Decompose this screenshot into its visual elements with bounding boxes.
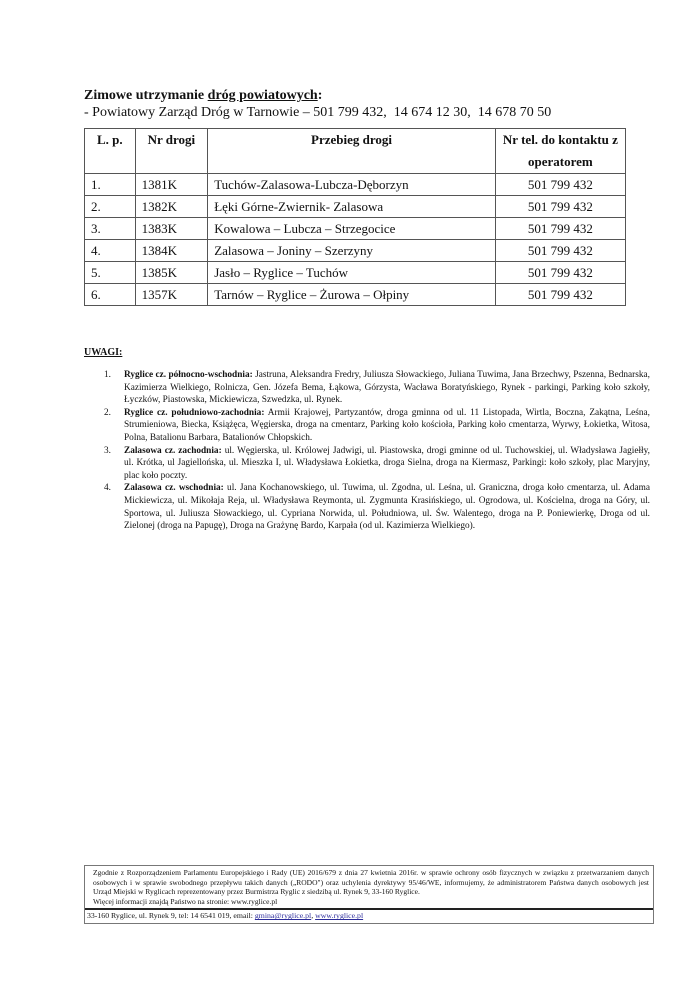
cell-road-number: 1382K bbox=[135, 196, 208, 218]
table-row: 2.1382KŁęki Górne-Zwiernik- Zalasowa501 … bbox=[85, 196, 626, 218]
cell-lp: 2. bbox=[85, 196, 136, 218]
cell-road-number: 1385K bbox=[135, 262, 208, 284]
note-number: 2. bbox=[104, 407, 111, 420]
roads-table: L. p. Nr drogi Przebieg drogi Nr tel. do… bbox=[84, 128, 626, 306]
title-suffix: : bbox=[318, 88, 323, 103]
note-area-label: Ryglice cz. północno-wschodnia: bbox=[124, 370, 253, 380]
cell-route: Łęki Górne-Zwiernik- Zalasowa bbox=[208, 196, 496, 218]
rodo-text: Zgodnie z Rozporządzeniem Parlamentu Eur… bbox=[93, 868, 649, 896]
note-number: 4. bbox=[104, 482, 111, 495]
title-underlined: dróg powiatowych bbox=[208, 88, 318, 103]
table-row: 3.1383KKowalowa – Lubcza – Strzegocice50… bbox=[85, 218, 626, 240]
cell-phone: 501 799 432 bbox=[495, 196, 625, 218]
note-area-label: Zalasowa cz. zachodnia: bbox=[124, 446, 222, 456]
table-body: 1.1381KTuchów-Zalasowa-Lubcza-Dęborzyn50… bbox=[85, 174, 626, 306]
contact-line: - Powiatowy Zarząd Dróg w Tarnowie – 501… bbox=[84, 105, 551, 121]
cell-phone: 501 799 432 bbox=[495, 174, 625, 196]
note-item: 2.Ryglice cz. południowo-zachodnia: Armi… bbox=[84, 407, 650, 445]
table-row: 4.1384KZalasowa – Joniny – Szerzyny501 7… bbox=[85, 240, 626, 262]
column-header-lp: L. p. bbox=[85, 129, 136, 174]
email-link[interactable]: gmina@ryglice.pl bbox=[255, 911, 311, 920]
column-header-phone: Nr tel. do kontaktu z operatorem bbox=[495, 129, 625, 174]
document-title: Zimowe utrzymanie dróg powiatowych: bbox=[84, 88, 322, 104]
note-number: 1. bbox=[104, 369, 111, 382]
title-prefix: Zimowe utrzymanie bbox=[84, 88, 208, 103]
cell-road-number: 1383K bbox=[135, 218, 208, 240]
note-number: 3. bbox=[104, 445, 111, 458]
rodo-notice: Zgodnie z Rozporządzeniem Parlamentu Eur… bbox=[85, 866, 653, 910]
footer-box: Zgodnie z Rozporządzeniem Parlamentu Eur… bbox=[84, 865, 654, 924]
cell-lp: 1. bbox=[85, 174, 136, 196]
note-area-label: Ryglice cz. południowo-zachodnia: bbox=[124, 408, 264, 418]
cell-lp: 6. bbox=[85, 284, 136, 306]
website-link[interactable]: www.ryglice.pl bbox=[315, 911, 363, 920]
cell-road-number: 1384K bbox=[135, 240, 208, 262]
cell-lp: 3. bbox=[85, 218, 136, 240]
cell-phone: 501 799 432 bbox=[495, 240, 625, 262]
table-header-row: L. p. Nr drogi Przebieg drogi Nr tel. do… bbox=[85, 129, 626, 174]
cell-phone: 501 799 432 bbox=[495, 262, 625, 284]
cell-route: Jasło – Ryglice – Tuchów bbox=[208, 262, 496, 284]
table-row: 6.1357KTarnów – Ryglice – Żurowa – Ołpin… bbox=[85, 284, 626, 306]
column-header-route: Przebieg drogi bbox=[208, 129, 496, 174]
table-row: 1.1381KTuchów-Zalasowa-Lubcza-Dęborzyn50… bbox=[85, 174, 626, 196]
cell-road-number: 1381K bbox=[135, 174, 208, 196]
cell-lp: 5. bbox=[85, 262, 136, 284]
cell-route: Kowalowa – Lubcza – Strzegocice bbox=[208, 218, 496, 240]
contact-footer: 33-160 Ryglice, ul. Rynek 9, tel: 14 654… bbox=[85, 910, 653, 923]
cell-route: Tuchów-Zalasowa-Lubcza-Dęborzyn bbox=[208, 174, 496, 196]
note-item: 3.Zalasowa cz. zachodnia: ul. Węgierska,… bbox=[84, 445, 650, 483]
cell-phone: 501 799 432 bbox=[495, 284, 625, 306]
notes-list: 1.Ryglice cz. północno-wschodnia: Jastru… bbox=[84, 369, 650, 533]
cell-road-number: 1357K bbox=[135, 284, 208, 306]
column-header-road-number: Nr drogi bbox=[135, 129, 208, 174]
note-area-label: Zalasowa cz. wschodnia: bbox=[124, 483, 224, 493]
table-row: 5.1385KJasło – Ryglice – Tuchów501 799 4… bbox=[85, 262, 626, 284]
cell-route: Zalasowa – Joniny – Szerzyny bbox=[208, 240, 496, 262]
note-item: 1.Ryglice cz. północno-wschodnia: Jastru… bbox=[84, 369, 650, 407]
cell-route: Tarnów – Ryglice – Żurowa – Ołpiny bbox=[208, 284, 496, 306]
cell-phone: 501 799 432 bbox=[495, 218, 625, 240]
note-item: 4.Zalasowa cz. wschodnia: ul. Jana Kocha… bbox=[84, 482, 650, 532]
notes-heading: UWAGI: bbox=[84, 347, 122, 358]
cell-lp: 4. bbox=[85, 240, 136, 262]
contact-address: 33-160 Ryglice, ul. Rynek 9, tel: 14 654… bbox=[87, 911, 255, 920]
more-info-text: Więcej informacji znajdą Państwo na stro… bbox=[93, 897, 277, 906]
